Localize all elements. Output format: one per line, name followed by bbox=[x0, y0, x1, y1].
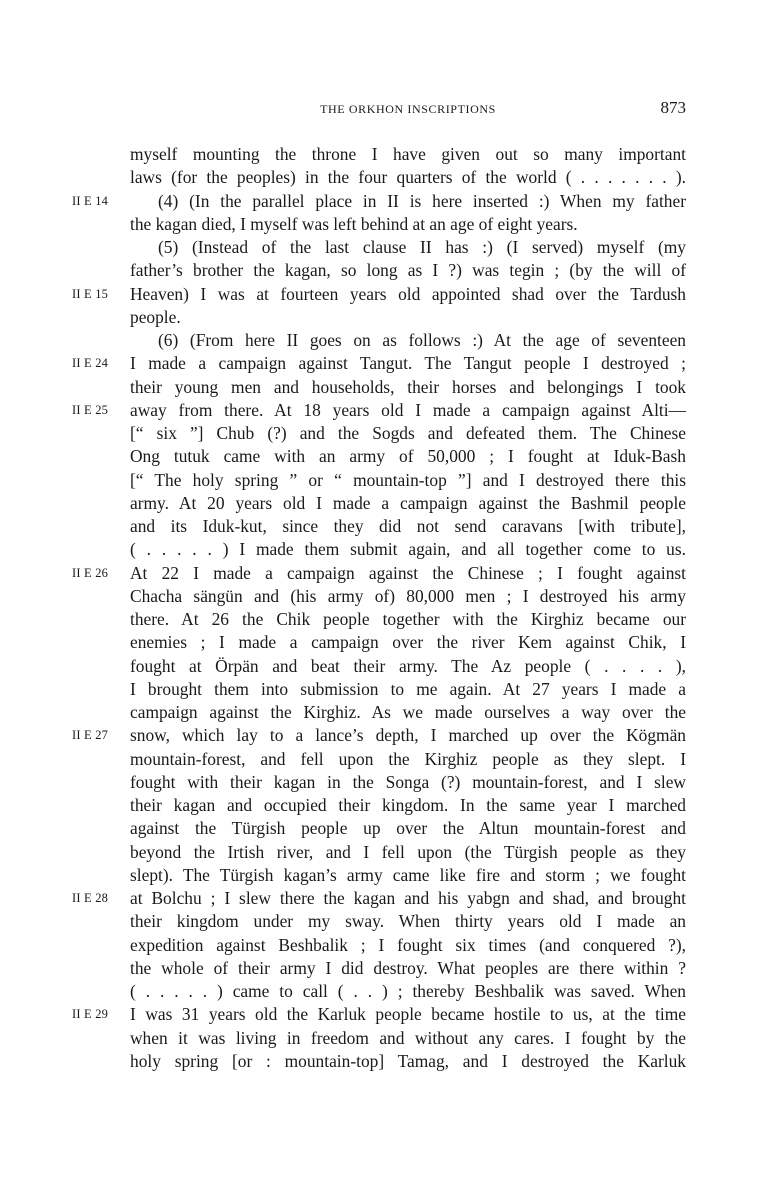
text-line: [“ The holy spring ” or “ mountain-top ”… bbox=[0, 469, 760, 492]
line-text: people. bbox=[130, 306, 686, 329]
line-text: army. At 20 years old I made a campaign … bbox=[130, 492, 686, 515]
line-text: their kagan and occupied their kingdom. … bbox=[130, 794, 686, 817]
text-line: people. bbox=[0, 306, 760, 329]
margin-reference: II E 28 bbox=[72, 887, 108, 910]
text-line: myself mounting the throne I have given … bbox=[0, 143, 760, 166]
text-line: II E 27snow, which lay to a lance’s dept… bbox=[0, 724, 760, 747]
text-line: [“ six ”] Chub (?) and the Sogds and def… bbox=[0, 422, 760, 445]
line-text: Heaven) I was at fourteen years old appo… bbox=[130, 283, 686, 306]
text-line: (6) (From here II goes on as follows :) … bbox=[0, 329, 760, 352]
margin-reference: II E 29 bbox=[72, 1003, 108, 1026]
line-text: at Bolchu ; I slew there the kagan and h… bbox=[130, 887, 686, 910]
line-text: their kingdom under my sway. When thirty… bbox=[130, 910, 686, 933]
line-text: when it was living in freedom and withou… bbox=[130, 1027, 686, 1050]
text-line: ( . . . . . ) came to call ( . . ) ; the… bbox=[0, 980, 760, 1003]
margin-reference: II E 15 bbox=[72, 283, 108, 306]
line-text: laws (for the peoples) in the four quart… bbox=[130, 166, 686, 189]
text-line: and its Iduk-kut, since they did not sen… bbox=[0, 515, 760, 538]
text-line: campaign against the Kirghiz. As we made… bbox=[0, 701, 760, 724]
text-line: ( . . . . . ) I made them submit again, … bbox=[0, 538, 760, 561]
margin-reference: II E 14 bbox=[72, 190, 108, 213]
line-text: slept). The Türgish kagan’s army came li… bbox=[130, 864, 686, 887]
line-text: I brought them into submission to me aga… bbox=[130, 678, 686, 701]
page-header: THE ORKHON INSCRIPTIONS 873 bbox=[130, 98, 686, 120]
line-text: campaign against the Kirghiz. As we made… bbox=[130, 701, 686, 724]
line-text: ( . . . . . ) I made them submit again, … bbox=[130, 538, 686, 561]
text-line: (5) (Instead of the last clause II has :… bbox=[0, 236, 760, 259]
line-text: [“ six ”] Chub (?) and the Sogds and def… bbox=[130, 422, 686, 445]
text-line: enemies ; I made a campaign over the riv… bbox=[0, 631, 760, 654]
page-body: myself mounting the throne I have given … bbox=[0, 143, 760, 1073]
line-text: fought at Örpän and beat their army. The… bbox=[130, 655, 686, 678]
margin-reference: II E 26 bbox=[72, 562, 108, 585]
text-line: II E 28at Bolchu ; I slew there the kaga… bbox=[0, 887, 760, 910]
text-line: laws (for the peoples) in the four quart… bbox=[0, 166, 760, 189]
line-text: beyond the Irtish river, and I fell upon… bbox=[130, 841, 686, 864]
line-text: At 22 I made a campaign against the Chin… bbox=[130, 562, 686, 585]
text-line: II E 29I was 31 years old the Karluk peo… bbox=[0, 1003, 760, 1026]
text-line: fought with their kagan in the Songa (?)… bbox=[0, 771, 760, 794]
text-line: beyond the Irtish river, and I fell upon… bbox=[0, 841, 760, 864]
line-text: (4) (In the parallel place in II is here… bbox=[158, 190, 686, 213]
text-line: II E 14(4) (In the parallel place in II … bbox=[0, 190, 760, 213]
line-text: I was 31 years old the Karluk people bec… bbox=[130, 1003, 686, 1026]
text-line: Chacha sängün and (his army of) 80,000 m… bbox=[0, 585, 760, 608]
margin-reference: II E 27 bbox=[72, 724, 108, 747]
text-line: the whole of their army I did destroy. W… bbox=[0, 957, 760, 980]
text-line: I brought them into submission to me aga… bbox=[0, 678, 760, 701]
text-line: Ong tutuk came with an army of 50,000 ; … bbox=[0, 445, 760, 468]
text-line: the kagan died, I myself was left behind… bbox=[0, 213, 760, 236]
text-line: their kagan and occupied their kingdom. … bbox=[0, 794, 760, 817]
text-line: slept). The Türgish kagan’s army came li… bbox=[0, 864, 760, 887]
text-line: their young men and households, their ho… bbox=[0, 376, 760, 399]
line-text: holy spring [or : mountain-top] Tamag, a… bbox=[130, 1050, 686, 1073]
text-line: II E 15Heaven) I was at fourteen years o… bbox=[0, 283, 760, 306]
line-text: (5) (Instead of the last clause II has :… bbox=[158, 236, 686, 259]
text-line: holy spring [or : mountain-top] Tamag, a… bbox=[0, 1050, 760, 1073]
text-line: expedition against Beshbalik ; I fought … bbox=[0, 934, 760, 957]
text-line: their kingdom under my sway. When thirty… bbox=[0, 910, 760, 933]
line-text: Chacha sängün and (his army of) 80,000 m… bbox=[130, 585, 686, 608]
text-line: II E 25away from there. At 18 years old … bbox=[0, 399, 760, 422]
line-text: the whole of their army I did destroy. W… bbox=[130, 957, 686, 980]
line-text: fought with their kagan in the Songa (?)… bbox=[130, 771, 686, 794]
line-text: (6) (From here II goes on as follows :) … bbox=[158, 329, 686, 352]
line-text: the kagan died, I myself was left behind… bbox=[130, 213, 686, 236]
margin-reference: II E 24 bbox=[72, 352, 108, 375]
text-line: mountain-forest, and fell upon the Kirgh… bbox=[0, 748, 760, 771]
line-text: against the Türgish people up over the A… bbox=[130, 817, 686, 840]
line-text: I made a campaign against Tangut. The Ta… bbox=[130, 352, 686, 375]
text-line: when it was living in freedom and withou… bbox=[0, 1027, 760, 1050]
running-title: THE ORKHON INSCRIPTIONS bbox=[130, 102, 686, 117]
text-line: II E 26At 22 I made a campaign against t… bbox=[0, 562, 760, 585]
text-line: II E 24I made a campaign against Tangut.… bbox=[0, 352, 760, 375]
line-text: father’s brother the kagan, so long as I… bbox=[130, 259, 686, 282]
line-text: Ong tutuk came with an army of 50,000 ; … bbox=[130, 445, 686, 468]
line-text: enemies ; I made a campaign over the riv… bbox=[130, 631, 686, 654]
page-number: 873 bbox=[661, 98, 687, 118]
text-line: against the Türgish people up over the A… bbox=[0, 817, 760, 840]
line-text: snow, which lay to a lance’s depth, I ma… bbox=[130, 724, 686, 747]
text-line: fought at Örpän and beat their army. The… bbox=[0, 655, 760, 678]
margin-reference: II E 25 bbox=[72, 399, 108, 422]
line-text: expedition against Beshbalik ; I fought … bbox=[130, 934, 686, 957]
line-text: ( . . . . . ) came to call ( . . ) ; the… bbox=[130, 980, 686, 1003]
line-text: mountain-forest, and fell upon the Kirgh… bbox=[130, 748, 686, 771]
line-text: [“ The holy spring ” or “ mountain-top ”… bbox=[130, 469, 686, 492]
line-text: their young men and households, their ho… bbox=[130, 376, 686, 399]
line-text: away from there. At 18 years old I made … bbox=[130, 399, 686, 422]
text-line: there. At 26 the Chik people together wi… bbox=[0, 608, 760, 631]
line-text: and its Iduk-kut, since they did not sen… bbox=[130, 515, 686, 538]
text-line: army. At 20 years old I made a campaign … bbox=[0, 492, 760, 515]
text-line: father’s brother the kagan, so long as I… bbox=[0, 259, 760, 282]
line-text: myself mounting the throne I have given … bbox=[130, 143, 686, 166]
line-text: there. At 26 the Chik people together wi… bbox=[130, 608, 686, 631]
